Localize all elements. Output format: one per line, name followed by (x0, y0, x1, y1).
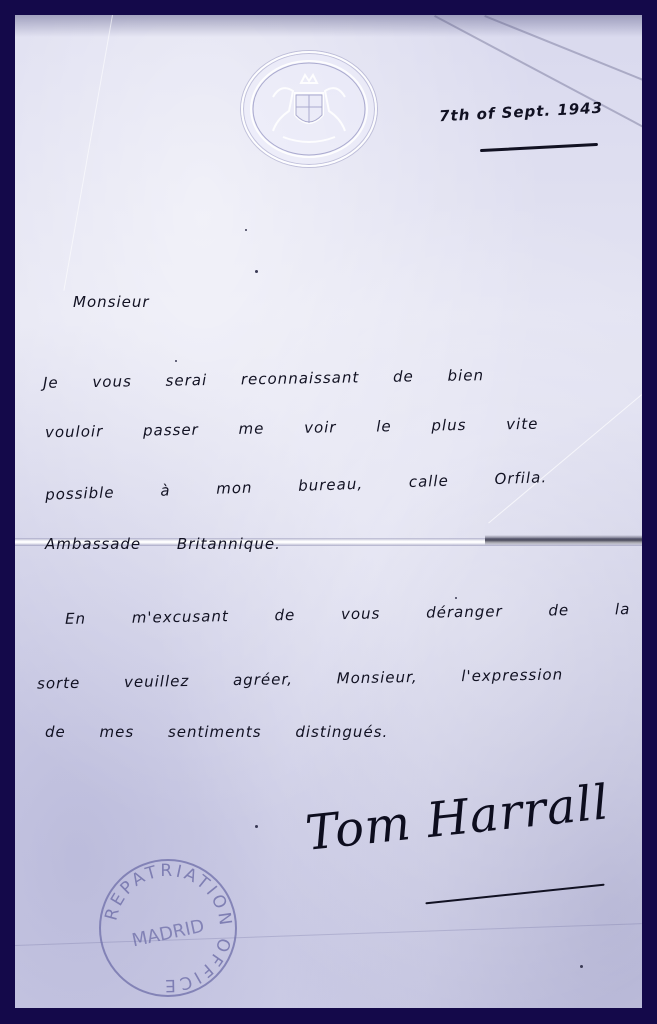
body-line: de mes sentiments distingués. (45, 723, 388, 741)
stamp-icon: REPATRIATION OFFICE MADRID (93, 853, 243, 1003)
ink-speck (580, 965, 583, 968)
crease-line (63, 15, 113, 291)
ink-speck (255, 825, 258, 828)
stamp-center-text: MADRID (130, 916, 206, 952)
royal-coat-of-arms-icon (241, 51, 377, 167)
signature: Tom Harrall (303, 774, 612, 862)
body-line: Ambassade Britannique. (45, 535, 281, 553)
date-underline (480, 143, 598, 152)
letter-paper: 7th of Sept. 1943 Monsieur Je vous serai… (15, 15, 642, 1008)
ink-speck (245, 229, 247, 231)
body-line: Je vous serai reconnaissant de bien (43, 366, 484, 392)
paper-worn-top-edge (15, 15, 642, 37)
salutation: Monsieur (73, 293, 150, 311)
ink-speck (175, 360, 177, 362)
body-line: En m'excusant de vous déranger de la (65, 600, 631, 628)
body-line: vouloir passer me voir le plus vite (45, 415, 539, 442)
body-line: sorte veuillez agréer, Monsieur, l'expre… (37, 665, 563, 692)
letter-date: 7th of Sept. 1943 (439, 99, 604, 126)
signature-underline (425, 884, 604, 905)
body-line: possible à mon bureau, calle Orfila. (45, 468, 548, 504)
ink-speck (255, 270, 258, 273)
crease-line (488, 394, 642, 523)
fold-tear-shadow (485, 535, 642, 545)
ink-speck (455, 597, 457, 599)
repatriation-office-stamp: REPATRIATION OFFICE MADRID (93, 853, 243, 1003)
